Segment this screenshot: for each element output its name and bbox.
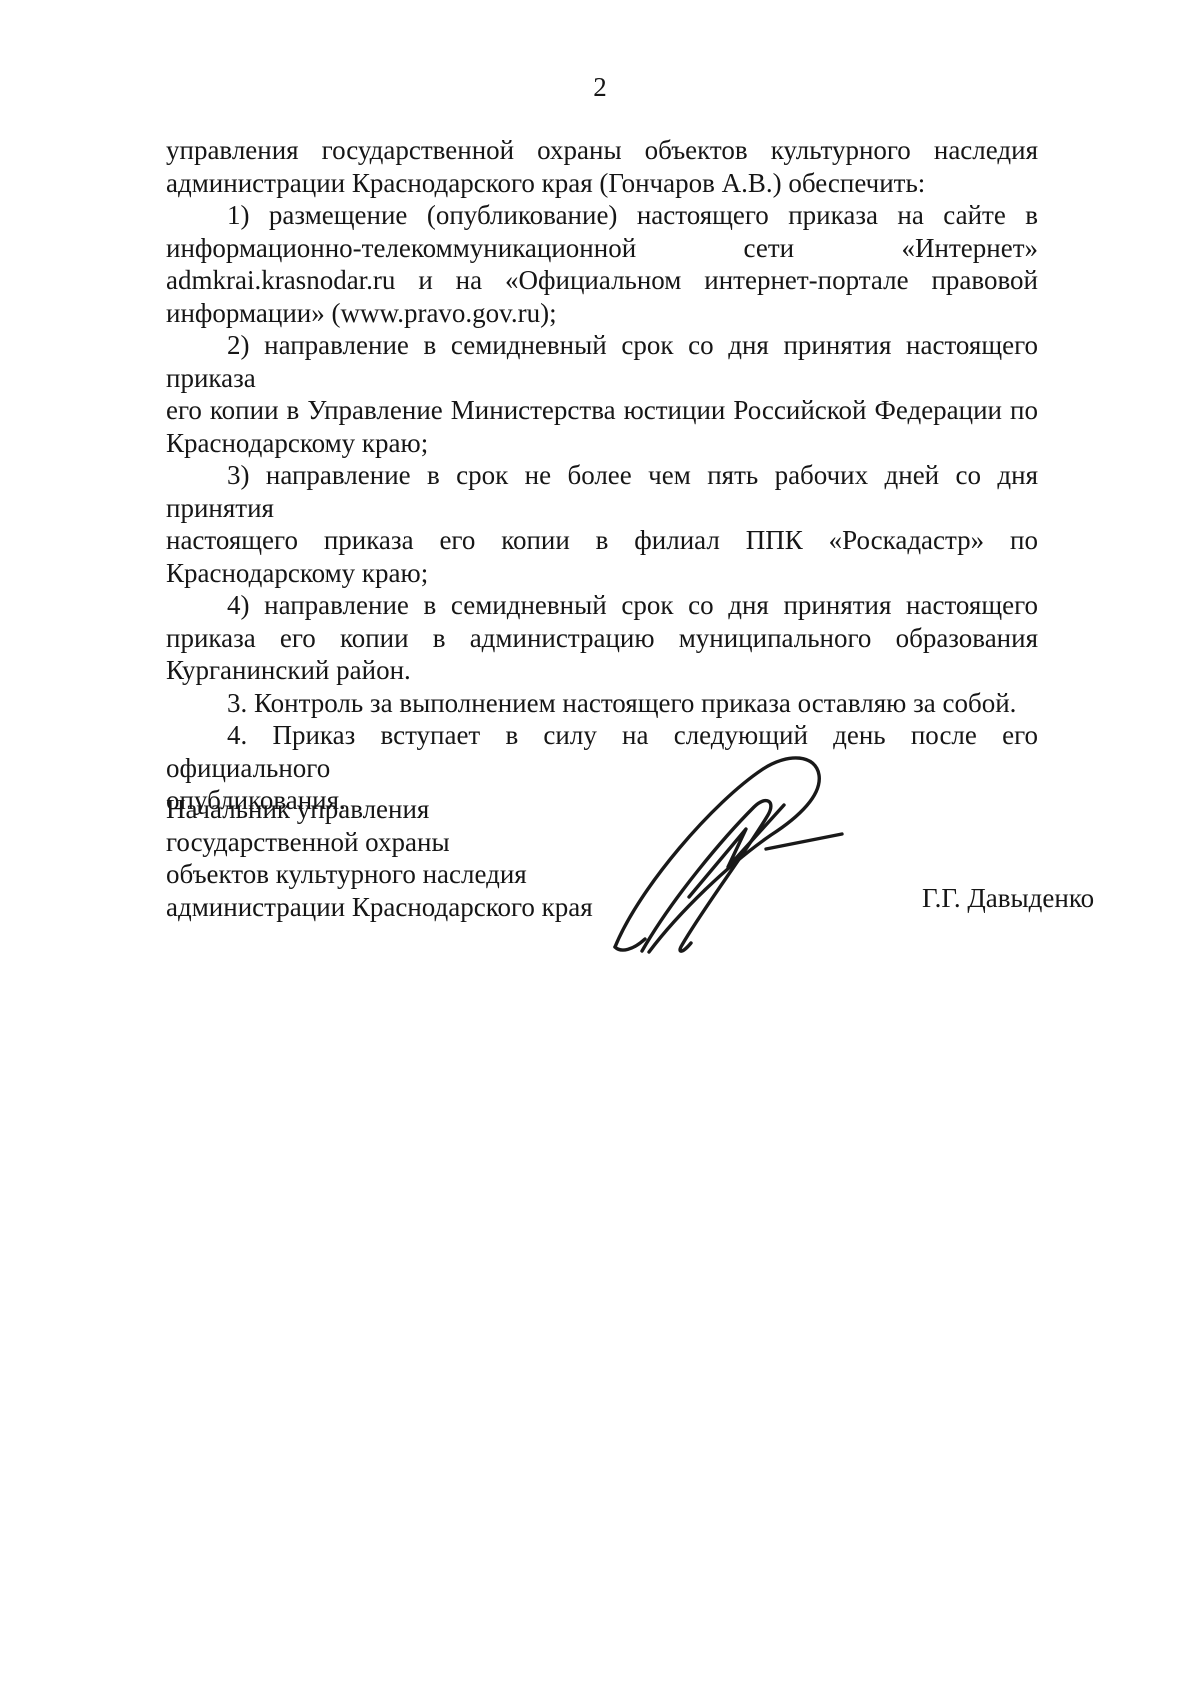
body-line: настоящего приказа его копии в филиал ПП… <box>166 524 1038 557</box>
body-line: его копии в Управление Министерства юсти… <box>166 394 1038 427</box>
body-line: управления государственной охраны объект… <box>166 134 1038 167</box>
signatory-name: Г.Г. Давыденко <box>922 882 1094 915</box>
page-number: 2 <box>0 72 1200 102</box>
body-line: 4) направление в семидневный срок со дня… <box>166 589 1038 622</box>
document-body: управления государственной охраны объект… <box>166 134 1038 817</box>
body-line: Краснодарскому краю; <box>166 557 1038 590</box>
signatory-title-line: администрации Краснодарского края <box>166 891 593 924</box>
body-line: 1) размещение (опубликование) настоящего… <box>166 199 1038 232</box>
body-line: Курганинский район. <box>166 654 1038 687</box>
signatory-title: Начальник управлениягосударственной охра… <box>166 793 593 923</box>
body-line: приказа его копии в администрацию муници… <box>166 622 1038 655</box>
handwritten-signature-icon <box>593 746 845 958</box>
body-line: admkrai.krasnodar.ru и на «Официальном и… <box>166 264 1038 297</box>
body-line: 2) направление в семидневный срок со дня… <box>166 329 1038 394</box>
signatory-title-line: Начальник управления <box>166 793 593 826</box>
body-line: информации» (www.pravo.gov.ru); <box>166 297 1038 330</box>
body-line: администрации Краснодарского края (Гонча… <box>166 167 1038 200</box>
document-page: 2 управления государственной охраны объе… <box>0 0 1200 1699</box>
body-line: Краснодарскому краю; <box>166 427 1038 460</box>
body-line: информационно-телекоммуникационной сети … <box>166 232 1038 265</box>
body-line: 3. Контроль за выполнением настоящего пр… <box>166 687 1038 720</box>
signatory-title-line: государственной охраны <box>166 826 593 859</box>
body-line: 3) направление в срок не более чем пять … <box>166 459 1038 524</box>
signatory-title-line: объектов культурного наследия <box>166 858 593 891</box>
